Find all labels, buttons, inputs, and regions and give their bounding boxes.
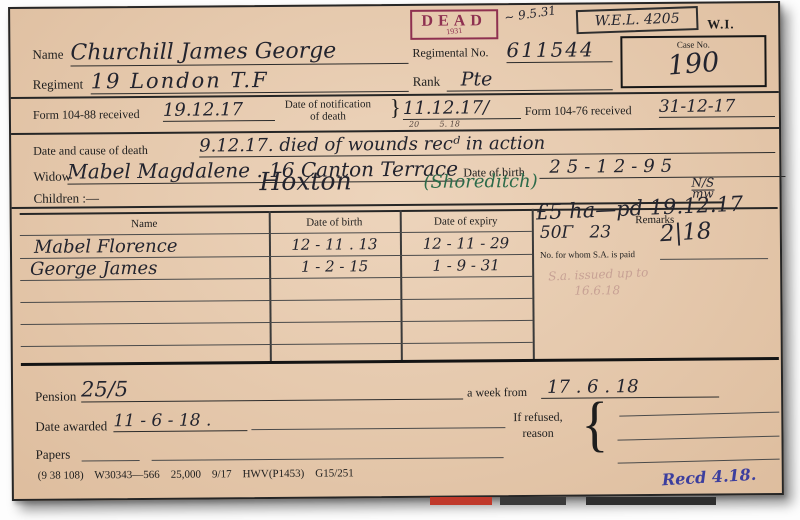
form-104-88-label: Form 104-88 received xyxy=(33,107,140,123)
notification-label-line2: of death xyxy=(310,110,346,122)
widow-dob-field: 25-12-95 xyxy=(539,145,785,179)
dead-stamp: DEAD 1931 xyxy=(410,9,498,40)
notification-field: 11.12.17/ xyxy=(403,89,521,120)
refused-line-3 xyxy=(618,459,780,464)
if-refused-label: If refused, reason xyxy=(513,409,563,441)
received-note: Recd 4.18. xyxy=(661,465,756,490)
if-refused-line1: If refused, xyxy=(513,410,562,424)
notification-value: 11.12.17/ xyxy=(403,97,489,119)
child-dob: 1 - 2 - 15 xyxy=(269,255,400,278)
table-header-dob: Date of birth xyxy=(269,212,400,233)
form-104-76-label: Form 104-76 received xyxy=(525,103,632,119)
notification-label: Date of notification of death xyxy=(285,98,371,123)
children-label: Children :— xyxy=(34,190,99,207)
table-rowline-3 xyxy=(20,298,532,303)
if-refused-line2: reason xyxy=(522,426,553,440)
children-place-2: (Shoreditch) xyxy=(423,171,537,193)
form-104-76-field: 31-12-17 xyxy=(659,87,775,118)
notification-label-line1: Date of notification xyxy=(285,98,371,111)
table-vline-3 xyxy=(532,209,535,361)
children-place: Hoxton xyxy=(259,166,351,196)
papers-label: Papers xyxy=(36,447,71,463)
awarded-dash-line xyxy=(251,427,505,430)
child-dob: 12 - 11 . 13 xyxy=(269,233,400,256)
case-no-box: Case No. 190 xyxy=(620,35,766,88)
child-expiry: 12 - 11 - 29 xyxy=(400,232,532,255)
case-no-value: 190 xyxy=(622,44,766,85)
wi-corner-mark: W.I. xyxy=(707,16,734,32)
card-edge-dark-1 xyxy=(500,497,566,505)
refused-line-2 xyxy=(617,436,779,441)
widow-label: Widow xyxy=(33,169,71,185)
pension-record-card: DEAD 1931 ~ 9.5.31 W.E.L. 4205 W.I. Name… xyxy=(8,1,784,501)
child-expiry: 1 - 9 - 31 xyxy=(400,254,532,277)
remarks-sa-amount: 2|18 xyxy=(659,218,712,247)
name-label: Name xyxy=(32,47,63,63)
rank-value: Pte xyxy=(461,68,493,90)
pension-label: Pension xyxy=(35,389,76,405)
table-rowline-5 xyxy=(21,342,533,347)
rank-label: Rank xyxy=(413,74,441,90)
pension-value: 25/5 xyxy=(81,377,128,401)
sa-pencil-note-2: 16.6.18 xyxy=(574,283,620,297)
pension-week-label: a week from xyxy=(467,385,527,400)
table-header-name: Name xyxy=(20,213,269,235)
papers-line-1 xyxy=(82,460,140,462)
sa-paid-label: No. for whom S.A. is paid xyxy=(540,249,635,260)
table-header-expiry: Date of expiry xyxy=(400,211,532,232)
form-104-76-value: 31-12-17 xyxy=(659,96,736,117)
rank-field: Pte xyxy=(446,54,612,91)
pension-week-field: 17 . 6 . 18 xyxy=(541,367,719,398)
notification-brace: } xyxy=(390,95,401,121)
papers-line-2 xyxy=(152,457,504,461)
print-code: (9 38 108) W30343—566 25,000 9/17 HWV(P1… xyxy=(38,467,354,481)
regiment-label: Regiment xyxy=(33,76,84,92)
refused-brace: { xyxy=(581,389,608,460)
table-row: George James xyxy=(20,256,269,280)
regiment-value: 19 London T.F xyxy=(91,68,269,93)
remarks-note-2: 50Γ 23 xyxy=(540,222,611,243)
card-edge-red xyxy=(430,497,492,505)
pension-field: 25/5 xyxy=(81,365,463,402)
refused-line-1 xyxy=(619,412,779,417)
table-row: Mabel Florence xyxy=(20,234,269,258)
widow-dob-value: 25-12-95 xyxy=(549,156,678,178)
regiment-field: 19 London T.F xyxy=(90,52,408,94)
sa-paid-underline xyxy=(660,258,768,260)
card-edge-dark-2 xyxy=(586,497,716,505)
date-awarded-field: 11 - 6 - 18 . xyxy=(113,399,247,432)
date-awarded-label: Date awarded xyxy=(35,418,107,435)
annotation-date-note: ~ 9.5.31 xyxy=(503,3,557,24)
date-awarded-value: 11 - 6 - 18 . xyxy=(113,410,211,431)
form-104-88-value: 19.12.17 xyxy=(163,99,243,121)
child-name: George James xyxy=(30,257,157,279)
table-rowline-4 xyxy=(21,320,533,325)
sa-pencil-note-1: S.a. issued up to xyxy=(548,265,649,283)
child-name: Mabel Florence xyxy=(34,235,178,257)
form-104-88-field: 19.12.17 xyxy=(163,91,275,122)
